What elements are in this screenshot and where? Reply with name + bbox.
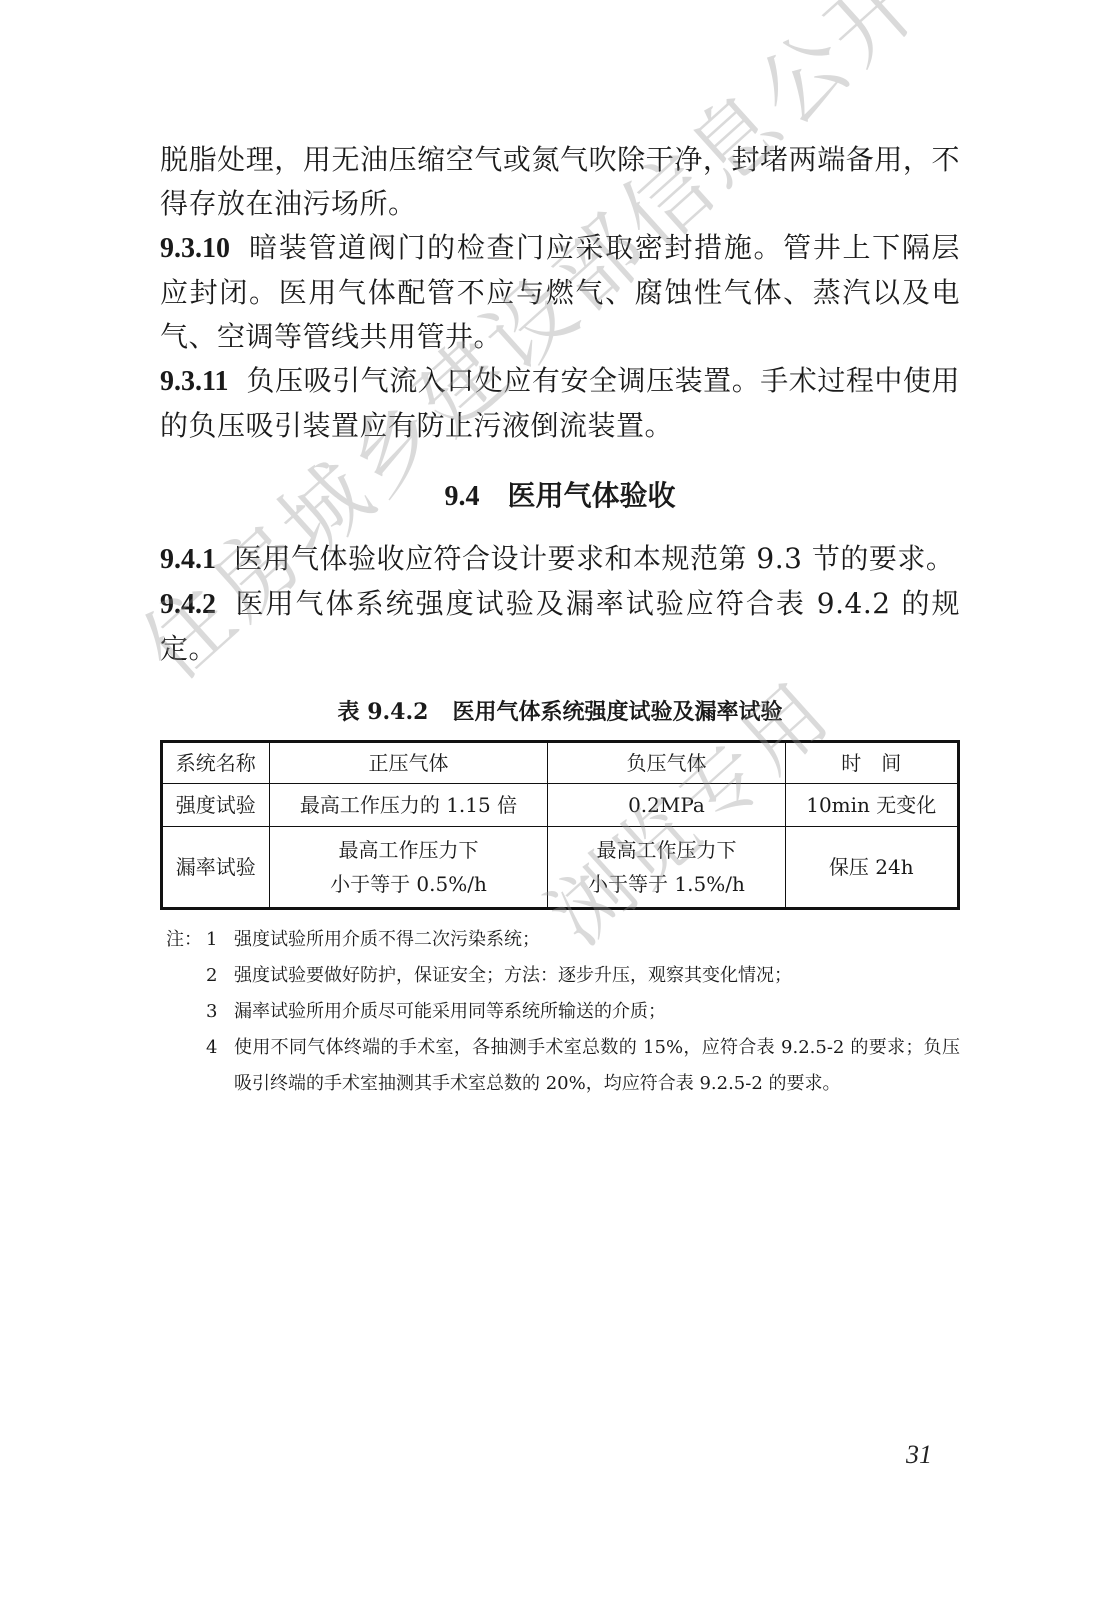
note-text: 使用不同气体终端的手术室，各抽测手术室总数的 15%，应符合表 9.2.5-2 … xyxy=(226,1030,960,1102)
clause-9-3-11: 9.3.11负压吸引气流入口处应有安全调压装置。手术过程中使用的负压吸引装置应有… xyxy=(160,359,960,448)
section-heading: 9.4医用气体验收 xyxy=(160,474,960,519)
clause-number: 9.3.11 xyxy=(160,366,228,397)
table-cell: 漏率试验 xyxy=(162,827,270,909)
table-cell: 最高工作压力下 小于等于 1.5%/h xyxy=(548,827,785,909)
table-cell: 保压 24h xyxy=(785,827,958,909)
note-text: 漏率试验所用介质尽可能采用同等系统所输送的介质； xyxy=(226,994,960,1030)
clause-text: 暗装管道阀门的检查门应采取密封措施。管井上下隔层应封闭。医用气体配管不应与燃气、… xyxy=(160,231,960,353)
cell-line: 最高工作压力下 xyxy=(552,833,780,867)
clause-number: 9.4.1 xyxy=(160,544,216,575)
cell-line: 小于等于 1.5%/h xyxy=(552,867,780,901)
table-title: 医用气体系统强度试验及漏率试验 xyxy=(452,699,782,725)
header-cell: 负压气体 xyxy=(548,742,785,784)
document-page: 脱脂处理，用无油压缩空气或氮气吹除干净，封堵两端备用，不得存放在油污场所。 9.… xyxy=(160,138,960,1102)
note-prefix: 注： xyxy=(160,922,206,958)
table-cell: 最高工作压力下 小于等于 0.5%/h xyxy=(269,827,548,909)
clause-text: 负压吸引气流入口处应有安全调压装置。手术过程中使用的负压吸引装置应有防止污液倒流… xyxy=(160,364,960,442)
table-row: 强度试验 最高工作压力的 1.15 倍 0.2MPa 10min 无变化 xyxy=(162,784,959,827)
table-notes: 注： 1 强度试验所用介质不得二次污染系统； 2 强度试验要做好防护，保证安全；… xyxy=(160,922,960,1102)
note-item: 2 强度试验要做好防护，保证安全；方法：逐步升压，观察其变化情况； xyxy=(160,958,960,994)
header-cell: 时 间 xyxy=(785,742,958,784)
test-requirements-table: 系统名称 正压气体 负压气体 时 间 强度试验 最高工作压力的 1.15 倍 0… xyxy=(160,740,960,910)
cell-line: 最高工作压力下 xyxy=(274,833,544,867)
table-cell: 最高工作压力的 1.15 倍 xyxy=(269,784,548,827)
note-number: 4 xyxy=(206,1030,226,1102)
note-number: 2 xyxy=(206,958,226,994)
clause-text: 医用气体验收应符合设计要求和本规范第 9.3 节的要求。 xyxy=(234,542,954,575)
section-title: 医用气体验收 xyxy=(507,479,675,512)
table-header-row: 系统名称 正压气体 负压气体 时 间 xyxy=(162,742,959,784)
note-text: 强度试验所用介质不得二次污染系统； xyxy=(226,922,960,958)
section-number: 9.4 xyxy=(444,481,479,512)
page-number: 31 xyxy=(906,1440,932,1470)
note-number: 3 xyxy=(206,994,226,1030)
cell-line: 小于等于 0.5%/h xyxy=(274,867,544,901)
table-number: 表 9.4.2 xyxy=(338,699,429,725)
note-number: 1 xyxy=(206,922,226,958)
paragraph-continued: 脱脂处理，用无油压缩空气或氮气吹除干净，封堵两端备用，不得存放在油污场所。 xyxy=(160,138,960,226)
clause-9-3-10: 9.3.10暗装管道阀门的检查门应采取密封措施。管井上下隔层应封闭。医用气体配管… xyxy=(160,226,960,359)
note-text: 强度试验要做好防护，保证安全；方法：逐步升压，观察其变化情况； xyxy=(226,958,960,994)
note-item: 注： 1 强度试验所用介质不得二次污染系统； xyxy=(160,922,960,958)
note-item: 3 漏率试验所用介质尽可能采用同等系统所输送的介质； xyxy=(160,994,960,1030)
clause-9-4-1: 9.4.1医用气体验收应符合设计要求和本规范第 9.3 节的要求。 xyxy=(160,537,960,582)
header-cell: 正压气体 xyxy=(269,742,548,784)
table-row: 漏率试验 最高工作压力下 小于等于 0.5%/h 最高工作压力下 小于等于 1.… xyxy=(162,827,959,909)
table-cell: 0.2MPa xyxy=(548,784,785,827)
header-cell: 系统名称 xyxy=(162,742,270,784)
clause-number: 9.3.10 xyxy=(160,233,230,264)
table-cell: 强度试验 xyxy=(162,784,270,827)
clause-text: 医用气体系统强度试验及漏率试验应符合表 9.4.2 的规定。 xyxy=(160,587,960,665)
clause-number: 9.4.2 xyxy=(160,589,216,620)
table-caption: 表 9.4.2医用气体系统强度试验及漏率试验 xyxy=(160,695,960,726)
clause-9-4-2: 9.4.2医用气体系统强度试验及漏率试验应符合表 9.4.2 的规定。 xyxy=(160,582,960,671)
table-cell: 10min 无变化 xyxy=(785,784,958,827)
note-item: 4 使用不同气体终端的手术室，各抽测手术室总数的 15%，应符合表 9.2.5-… xyxy=(160,1030,960,1102)
